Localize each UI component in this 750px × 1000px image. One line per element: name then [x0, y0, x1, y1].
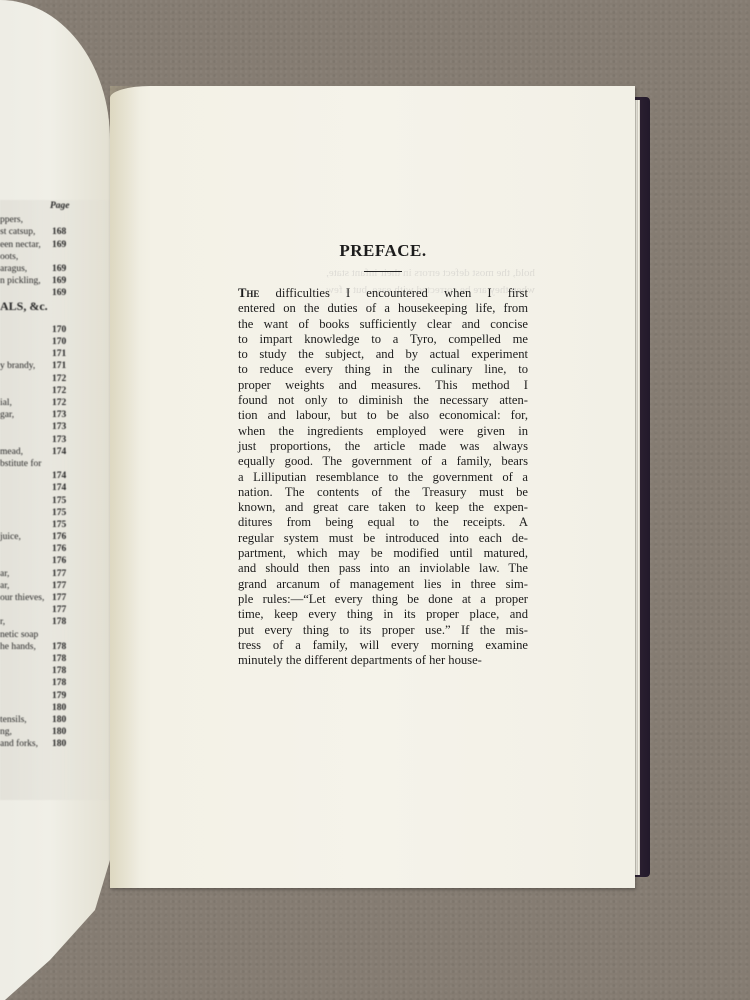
index-entry-page: 179	[52, 690, 66, 702]
text-line: to reduce every thing in the culinary li…	[238, 362, 528, 377]
index-entry-label: y brandy,	[0, 360, 35, 372]
index-entry-page: 169	[52, 287, 66, 299]
index-entry-label: een nectar,	[0, 239, 41, 251]
text-line: to impart knowledge to a Tyro, compelled…	[238, 332, 528, 347]
index-entry-label: gar,	[0, 409, 14, 421]
text-line: ditures from being equal to the receipts…	[238, 515, 528, 530]
index-entry: tensils,180	[0, 714, 112, 726]
index-entry-page: 172	[52, 397, 66, 409]
index-entry: 178	[0, 665, 112, 677]
index-entry-label: our thieves,	[0, 592, 44, 604]
index-entry-page: 169	[52, 263, 66, 275]
index-entry-page: 176	[52, 543, 66, 555]
index-entry: 170	[0, 336, 112, 348]
index-entry: 176	[0, 543, 112, 555]
text-line: grand arcanum of management lies in thre…	[238, 577, 528, 592]
index-entry-page: 170	[52, 324, 66, 336]
index-entry-page: 176	[52, 555, 66, 567]
index-entry-page: 168	[52, 226, 66, 238]
text-line: minutely the different departments of he…	[238, 653, 528, 668]
index-entry-page: 180	[52, 714, 66, 726]
page-column-header: Page	[50, 200, 70, 212]
index-entry-label: he hands,	[0, 641, 36, 653]
index-entry-page: 173	[52, 409, 66, 421]
text-line: nation. The contents of the Treasury mus…	[238, 485, 528, 500]
index-entry-page: 172	[52, 373, 66, 385]
preface-text-block: PREFACE. The difficulties I encountered …	[238, 241, 528, 668]
index-entry-page: 171	[52, 348, 66, 360]
index-entry: 178	[0, 653, 112, 665]
index-entry-label: ALS, &c.	[0, 300, 48, 312]
index-entry-label: ng,	[0, 726, 12, 738]
index-entry: r,178	[0, 616, 112, 628]
index-entry: 175	[0, 495, 112, 507]
index-entry-page: 180	[52, 738, 66, 750]
index-entry: 178	[0, 677, 112, 689]
text-line: partment, which may be modified until ma…	[238, 546, 528, 561]
text-line: regular system must be introduced into e…	[238, 531, 528, 546]
index-entry-label: juice,	[0, 531, 21, 543]
index-entry: 170	[0, 324, 112, 336]
index-entry: ng,180	[0, 726, 112, 738]
index-entry-page: 176	[52, 531, 66, 543]
index-entry: 175	[0, 507, 112, 519]
index-entry: 179	[0, 690, 112, 702]
text-line: tion and labour, but to be also economic…	[238, 408, 528, 423]
index-entry: 175	[0, 519, 112, 531]
index-entry: 173	[0, 421, 112, 433]
text-line: found not only to diminish the necessary…	[238, 393, 528, 408]
index-entry: ALS, &c.	[0, 300, 112, 312]
index-entry: and forks,180	[0, 738, 112, 750]
index-entry-page: 177	[52, 580, 66, 592]
index-entry: 172	[0, 385, 112, 397]
text-line: put every thing to its proper use.” If t…	[238, 623, 528, 638]
index-entry: y brandy,171	[0, 360, 112, 372]
index-entry-label: ppers,	[0, 214, 23, 226]
index-entry: juice,176	[0, 531, 112, 543]
text-line: a Lilliputian resemblance to the governm…	[238, 470, 528, 485]
index-entry: ar,177	[0, 580, 112, 592]
index-entry-page: 180	[52, 702, 66, 714]
index-entry: st catsup,168	[0, 226, 112, 238]
text-line: and should then pass into an inviolable …	[238, 561, 528, 576]
index-entry: mead,174	[0, 446, 112, 458]
index-entry-page: 172	[52, 385, 66, 397]
index-entry: ar,177	[0, 568, 112, 580]
text-line: just proportions, the article made was a…	[238, 439, 528, 454]
index-entry-page: 173	[52, 434, 66, 446]
index-entry-label: mead,	[0, 446, 23, 458]
index-entry: 171	[0, 348, 112, 360]
text-line: tress of a family, will every morning ex…	[238, 638, 528, 653]
index-entry-label: and forks,	[0, 738, 38, 750]
left-page: Page ppers,st catsup,168een nectar,169oo…	[0, 0, 110, 1000]
index-entry-label: netic soap	[0, 629, 38, 641]
text-line: the want of books sufficiently clear and…	[238, 317, 528, 332]
index-entry-label: ar,	[0, 568, 9, 580]
index-entry-label: bstitute for	[0, 458, 41, 470]
index-entry-page: 177	[52, 568, 66, 580]
index-entry: he hands,178	[0, 641, 112, 653]
index-entry-label: ar,	[0, 580, 9, 592]
drop-word: The	[238, 286, 259, 300]
index-entry: oots,	[0, 251, 112, 263]
index-entry: gar,173	[0, 409, 112, 421]
index-entry-page: 177	[52, 604, 66, 616]
index-entry-label: aragus,	[0, 263, 27, 275]
index-entry-page: 175	[52, 495, 66, 507]
gutter-shadow	[110, 86, 140, 888]
text-line: entered on the duties of a housekeeping …	[238, 301, 528, 316]
index-entry: een nectar,169	[0, 239, 112, 251]
text-line: equally good. The government of a family…	[238, 454, 528, 469]
index-entry: 174	[0, 482, 112, 494]
index-entry: 177	[0, 604, 112, 616]
page-title: PREFACE.	[238, 241, 528, 261]
index-entry: n pickling,169	[0, 275, 112, 287]
title-rule	[364, 271, 402, 272]
index-entry-page: 174	[52, 482, 66, 494]
index-entry	[0, 312, 112, 324]
index-entry-page: 178	[52, 641, 66, 653]
index-entry-page: 178	[52, 653, 66, 665]
index-entry-page: 170	[52, 336, 66, 348]
index-entry-label: tensils,	[0, 714, 27, 726]
index-entry: 169	[0, 287, 112, 299]
index-column: Page ppers,st catsup,168een nectar,169oo…	[0, 200, 112, 800]
index-entry-page: 175	[52, 519, 66, 531]
text-line: when the ingredients employed were given…	[238, 424, 528, 439]
index-entry: our thieves,177	[0, 592, 112, 604]
preface-body: The difficulties I encountered when I fi…	[238, 286, 528, 668]
index-entry-page: 178	[52, 665, 66, 677]
index-entry-page: 174	[52, 446, 66, 458]
text-line: known, and great care taken to keep the …	[238, 500, 528, 515]
index-entry-page: 175	[52, 507, 66, 519]
index-entry: 174	[0, 470, 112, 482]
index-entry: bstitute for	[0, 458, 112, 470]
index-entry: ial,172	[0, 397, 112, 409]
index-entry: 176	[0, 555, 112, 567]
index-entry: netic soap	[0, 629, 112, 641]
text-line-rest: difficulties I encountered when I first	[259, 286, 528, 300]
index-entry: 180	[0, 702, 112, 714]
index-entry: 172	[0, 373, 112, 385]
index-entry: 173	[0, 434, 112, 446]
index-entry-label: ial,	[0, 397, 12, 409]
index-entry-page: 177	[52, 592, 66, 604]
index-entry-page: 169	[52, 275, 66, 287]
index-entry-page: 169	[52, 239, 66, 251]
index-entry-label: st catsup,	[0, 226, 35, 238]
text-line: time, keep every thing in its proper pla…	[238, 607, 528, 622]
right-page: hold, the most defect errors in their in…	[110, 86, 635, 888]
index-entry-page: 180	[52, 726, 66, 738]
index-entry-page: 174	[52, 470, 66, 482]
index-entry: ppers,	[0, 214, 112, 226]
index-entry-page: 178	[52, 616, 66, 628]
index-entry-label: n pickling,	[0, 275, 41, 287]
text-line: The difficulties I encountered when I fi…	[238, 286, 528, 301]
text-line: to study the subject, and by actual expe…	[238, 347, 528, 362]
text-line: ple rules:—“Let every thing be done at a…	[238, 592, 528, 607]
index-entry: aragus,169	[0, 263, 112, 275]
index-entry-page: 171	[52, 360, 66, 372]
index-entry-label: r,	[0, 616, 5, 628]
index-entry-label: oots,	[0, 251, 18, 263]
text-line: proper weights and measures. This method…	[238, 378, 528, 393]
index-entry-page: 178	[52, 677, 66, 689]
index-entry-page: 173	[52, 421, 66, 433]
